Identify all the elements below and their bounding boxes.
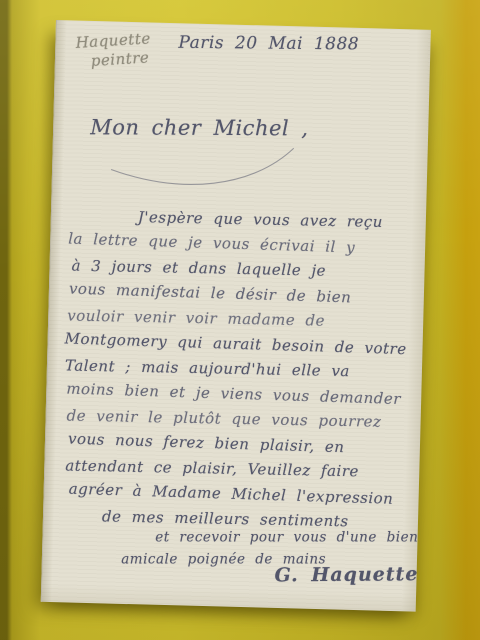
- letter-body: J'espère que vous avez reçu la lettre qu…: [58, 202, 418, 536]
- salutation: Mon cher Michel ,: [90, 115, 308, 140]
- closing-line: et recevoir pour vous d'une bien: [155, 527, 417, 549]
- photo-background: Haquette peintre Paris 20 Mai 1888 Mon c…: [0, 0, 480, 640]
- date-line: Paris 20 Mai 1888: [178, 33, 359, 55]
- pencil-annotation-title: peintre: [90, 48, 152, 71]
- signature: G. Haquette: [274, 563, 418, 586]
- pencil-annotation: Haquette peintre: [75, 29, 152, 72]
- letter-paper: Haquette peintre Paris 20 Mai 1888 Mon c…: [41, 20, 431, 612]
- salutation-flourish: [93, 139, 304, 196]
